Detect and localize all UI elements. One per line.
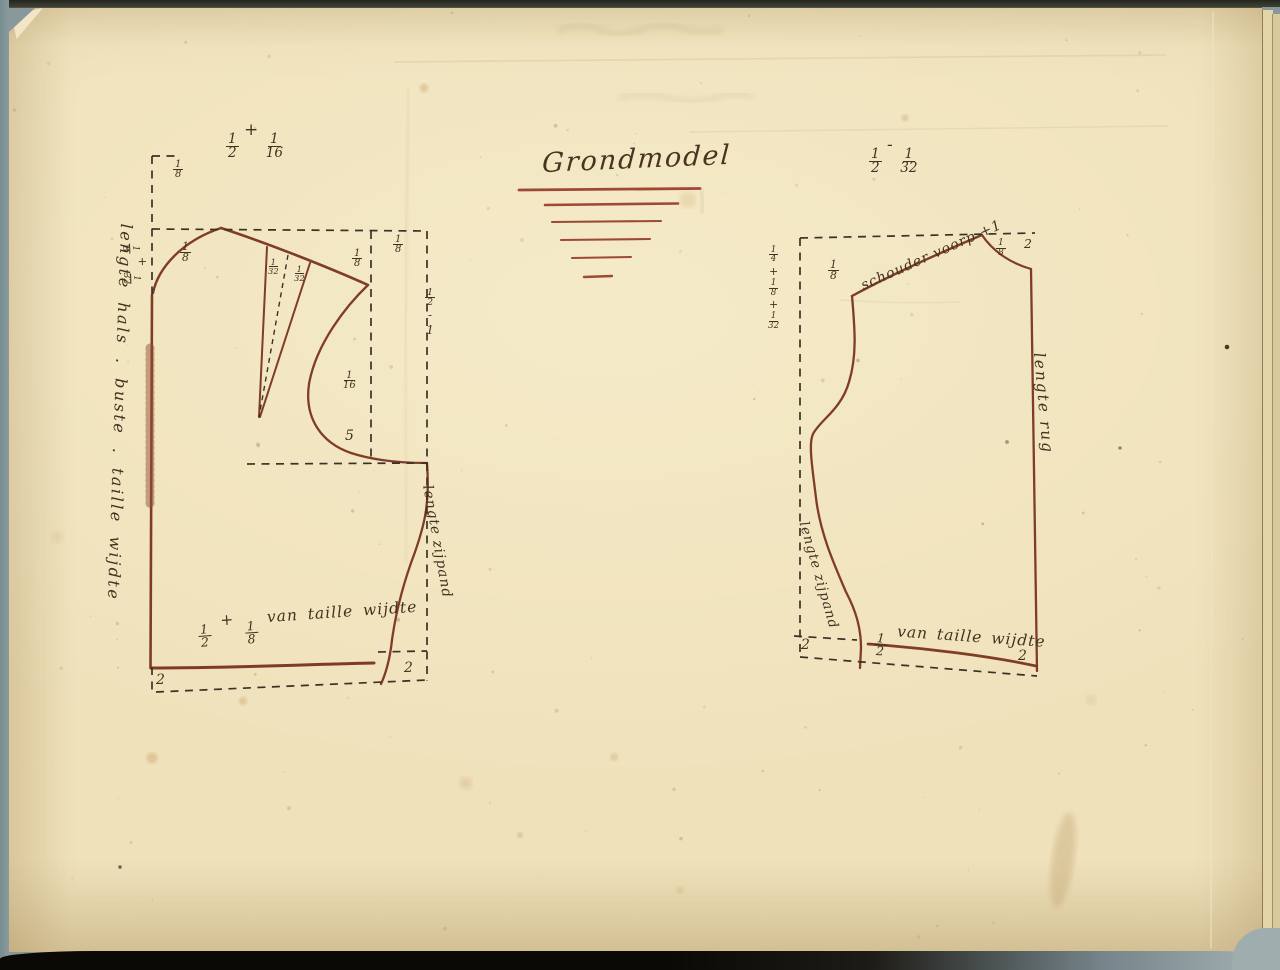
left-dart-right-fraction: 132 (292, 259, 307, 282)
left-shoulder-end-fraction: 18 (352, 239, 362, 269)
left-armhole-fraction: 116 (341, 361, 358, 391)
left-armhole-number: 5 (345, 429, 354, 444)
right-bottom-left-number: 2 (801, 638, 810, 653)
right-top-formula: 12 - 132 (869, 137, 920, 174)
bleed-through-ghost-marks (395, 12, 1213, 948)
left-neck-box-fraction: 18 (173, 150, 183, 180)
right-neck-point-fraction: 18 (996, 230, 1006, 258)
left-corner-fraction: 18 (393, 225, 403, 255)
right-neck-point-number: 2 (1024, 237, 1032, 250)
left-side-stack: 12-1 (425, 288, 435, 336)
right-back-edge-stack: 14+18+132 (766, 246, 781, 330)
right-bottom-right-number: 2 (1018, 649, 1027, 664)
right-neck-fraction: 18 (828, 251, 839, 282)
scanned-notebook-page: Grondmodel 12 + 116 18 18 18 + 132 lengt… (0, 0, 1280, 970)
left-bottom-right-number: 2 (404, 661, 413, 676)
left-top-formula: 12 + 116 (226, 122, 285, 159)
left-neck-fraction: 18 (180, 233, 191, 264)
left-dart-left-fraction: 132 (266, 252, 281, 275)
title-underlines (519, 189, 700, 278)
left-bottom-left-number: 2 (156, 673, 165, 688)
